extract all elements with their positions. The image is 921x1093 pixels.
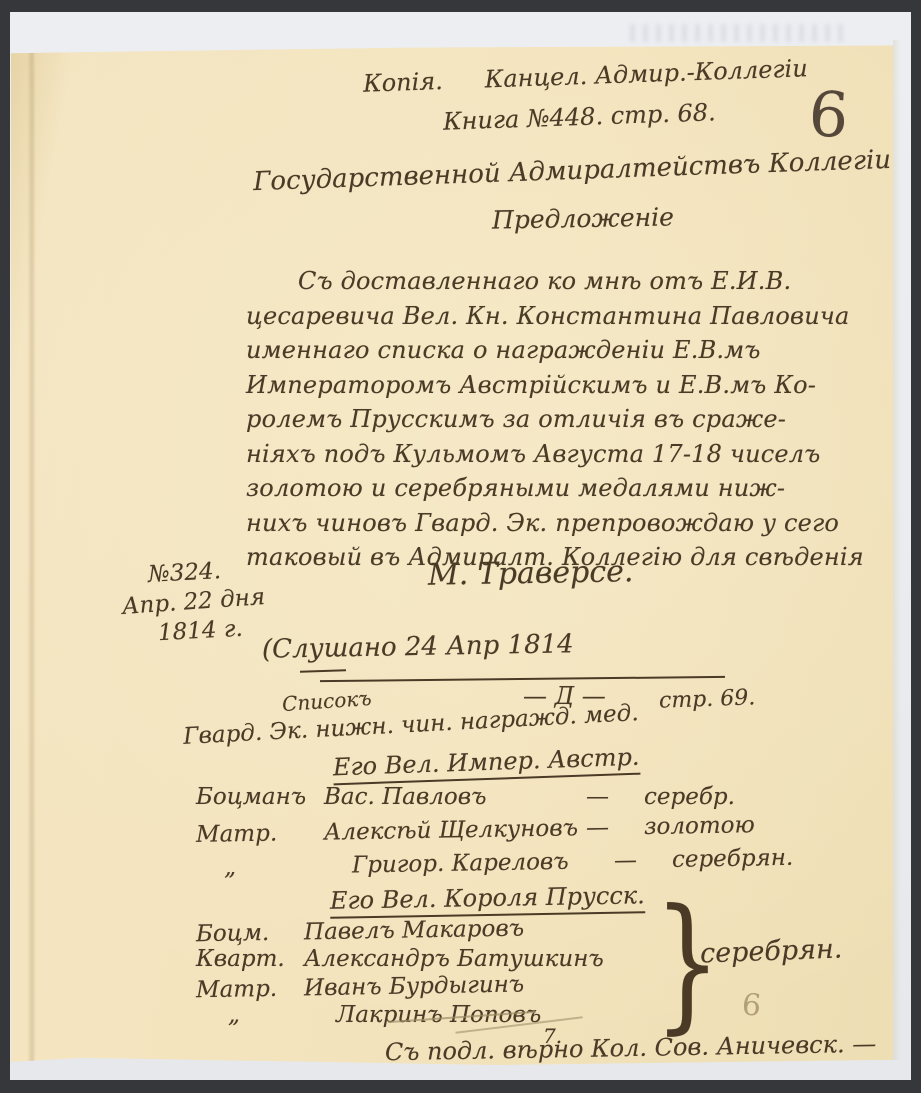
sailor-name: Александръ Батушкинъ bbox=[304, 946, 566, 972]
heard-note: (Слушано 24 Апр 1814 bbox=[262, 629, 574, 664]
short-underline bbox=[300, 669, 346, 673]
body-line: ніяхъ подъ Кульмомъ Августа 17-18 чиселъ bbox=[246, 437, 864, 472]
rank: Боцм. bbox=[196, 919, 304, 947]
rank: Кварт. bbox=[196, 946, 304, 972]
header-line: Копія. Канцел. Адмир.-Коллегіи bbox=[363, 54, 808, 98]
award-row: Кварт. Александръ Батушкинъ bbox=[196, 946, 566, 972]
sailor-name: Иванъ Бурдыгинъ bbox=[304, 971, 566, 1002]
body-line: Императоромъ Австрійскимъ и Е.В.мъ Ко- bbox=[246, 368, 864, 403]
list-title-line: Гвард. Эк. нижн. чин. награжд. мед. bbox=[183, 700, 640, 750]
addressee-title: Государственной Адмиралтействъ Коллегіи bbox=[253, 145, 892, 197]
award-row: „ Лакринъ Поповъ bbox=[196, 1002, 598, 1028]
award-row: Боцманъ Вас. Павловъ — серебр. bbox=[196, 784, 735, 810]
margin-date-line2: 1814 г. bbox=[157, 616, 243, 646]
body-line: Съ доставленнаго ко мнѣ отъ Е.И.В. bbox=[246, 264, 864, 299]
outgoing-number: №324. bbox=[147, 558, 221, 588]
body-line: ролемъ Прусскимъ за отличія въ сраже- bbox=[246, 402, 864, 437]
award-row: Матр. Иванъ Бурдыгинъ bbox=[196, 971, 566, 1003]
document-scan: Копія. Канцел. Адмир.-Коллегіи Книга №44… bbox=[0, 0, 921, 1093]
copy-label: Копія. bbox=[363, 67, 444, 98]
rank: Матр. bbox=[196, 975, 304, 1003]
sailor-name: Павелъ Макаровъ bbox=[304, 915, 566, 946]
dash: — bbox=[614, 847, 672, 874]
award-row: Матр. Алексѣй Щелкуновъ — золотою bbox=[196, 812, 755, 848]
austrian-section-heading: Его Вел. Импер. Австр. bbox=[333, 743, 640, 786]
underlying-page-edge bbox=[893, 40, 901, 1060]
next-page-reference: стр. 69. bbox=[659, 685, 756, 713]
manuscript-page: Копія. Канцел. Адмир.-Коллегіи Книга №44… bbox=[11, 44, 893, 1066]
margin-date-line1: Апр. 22 дня bbox=[121, 584, 266, 620]
medal-type: серебр. bbox=[644, 784, 735, 810]
pencil-page-number: 6 bbox=[740, 987, 763, 1024]
facing-page-ghost-text bbox=[630, 24, 845, 42]
binding-crease bbox=[27, 44, 36, 1066]
book-reference: Книга №448. стр. 68. bbox=[443, 98, 716, 135]
sailor-name: Вас. Павловъ bbox=[324, 784, 586, 810]
prussian-section-heading: Его Вел. Короля Прусск. bbox=[330, 881, 645, 918]
sailor-name: Алексѣй Щелкуновъ bbox=[324, 815, 586, 846]
dash: — bbox=[586, 784, 644, 810]
office-label: Канцел. Адмир.-Коллегіи bbox=[484, 54, 808, 93]
medal-type: золотою bbox=[644, 812, 755, 840]
repeat-mark: „ bbox=[196, 852, 352, 881]
rank: Боцманъ bbox=[196, 784, 324, 810]
document-type-title: Предложеніе bbox=[492, 202, 674, 234]
body-paragraph: Съ доставленнаго ко мнѣ отъ Е.И.В. цесар… bbox=[246, 264, 864, 575]
body-line: цесаревича Вел. Кн. Константина Павлович… bbox=[246, 299, 864, 334]
signature: М. Траверсе. bbox=[428, 554, 634, 593]
award-row: Боцм. Павелъ Макаровъ bbox=[196, 915, 566, 947]
attestation-line: Съ подл. вѣрно Кол. Сов. Аничевск. — bbox=[385, 1030, 877, 1067]
page-number: 6 bbox=[807, 77, 851, 153]
body-line: золотою и серебряными медалями ниж- bbox=[246, 471, 864, 506]
group-medal-type: серебрян. bbox=[700, 934, 843, 970]
award-row: „ Григор. Кареловъ — серебрян. bbox=[196, 845, 794, 881]
rank: Матр. bbox=[196, 820, 324, 848]
medal-type: серебрян. bbox=[672, 845, 794, 873]
repeat-mark: „ bbox=[196, 1002, 336, 1028]
body-line: нихъ чиновъ Гвард. Эк. препровождаю у се… bbox=[246, 506, 864, 541]
sailor-name: Григор. Кареловъ bbox=[352, 848, 614, 879]
body-line: именнаго списка о награжденіи Е.В.мъ bbox=[246, 333, 864, 368]
list-title-inserted-word: Списокъ bbox=[281, 686, 372, 716]
dash: — bbox=[586, 814, 644, 841]
